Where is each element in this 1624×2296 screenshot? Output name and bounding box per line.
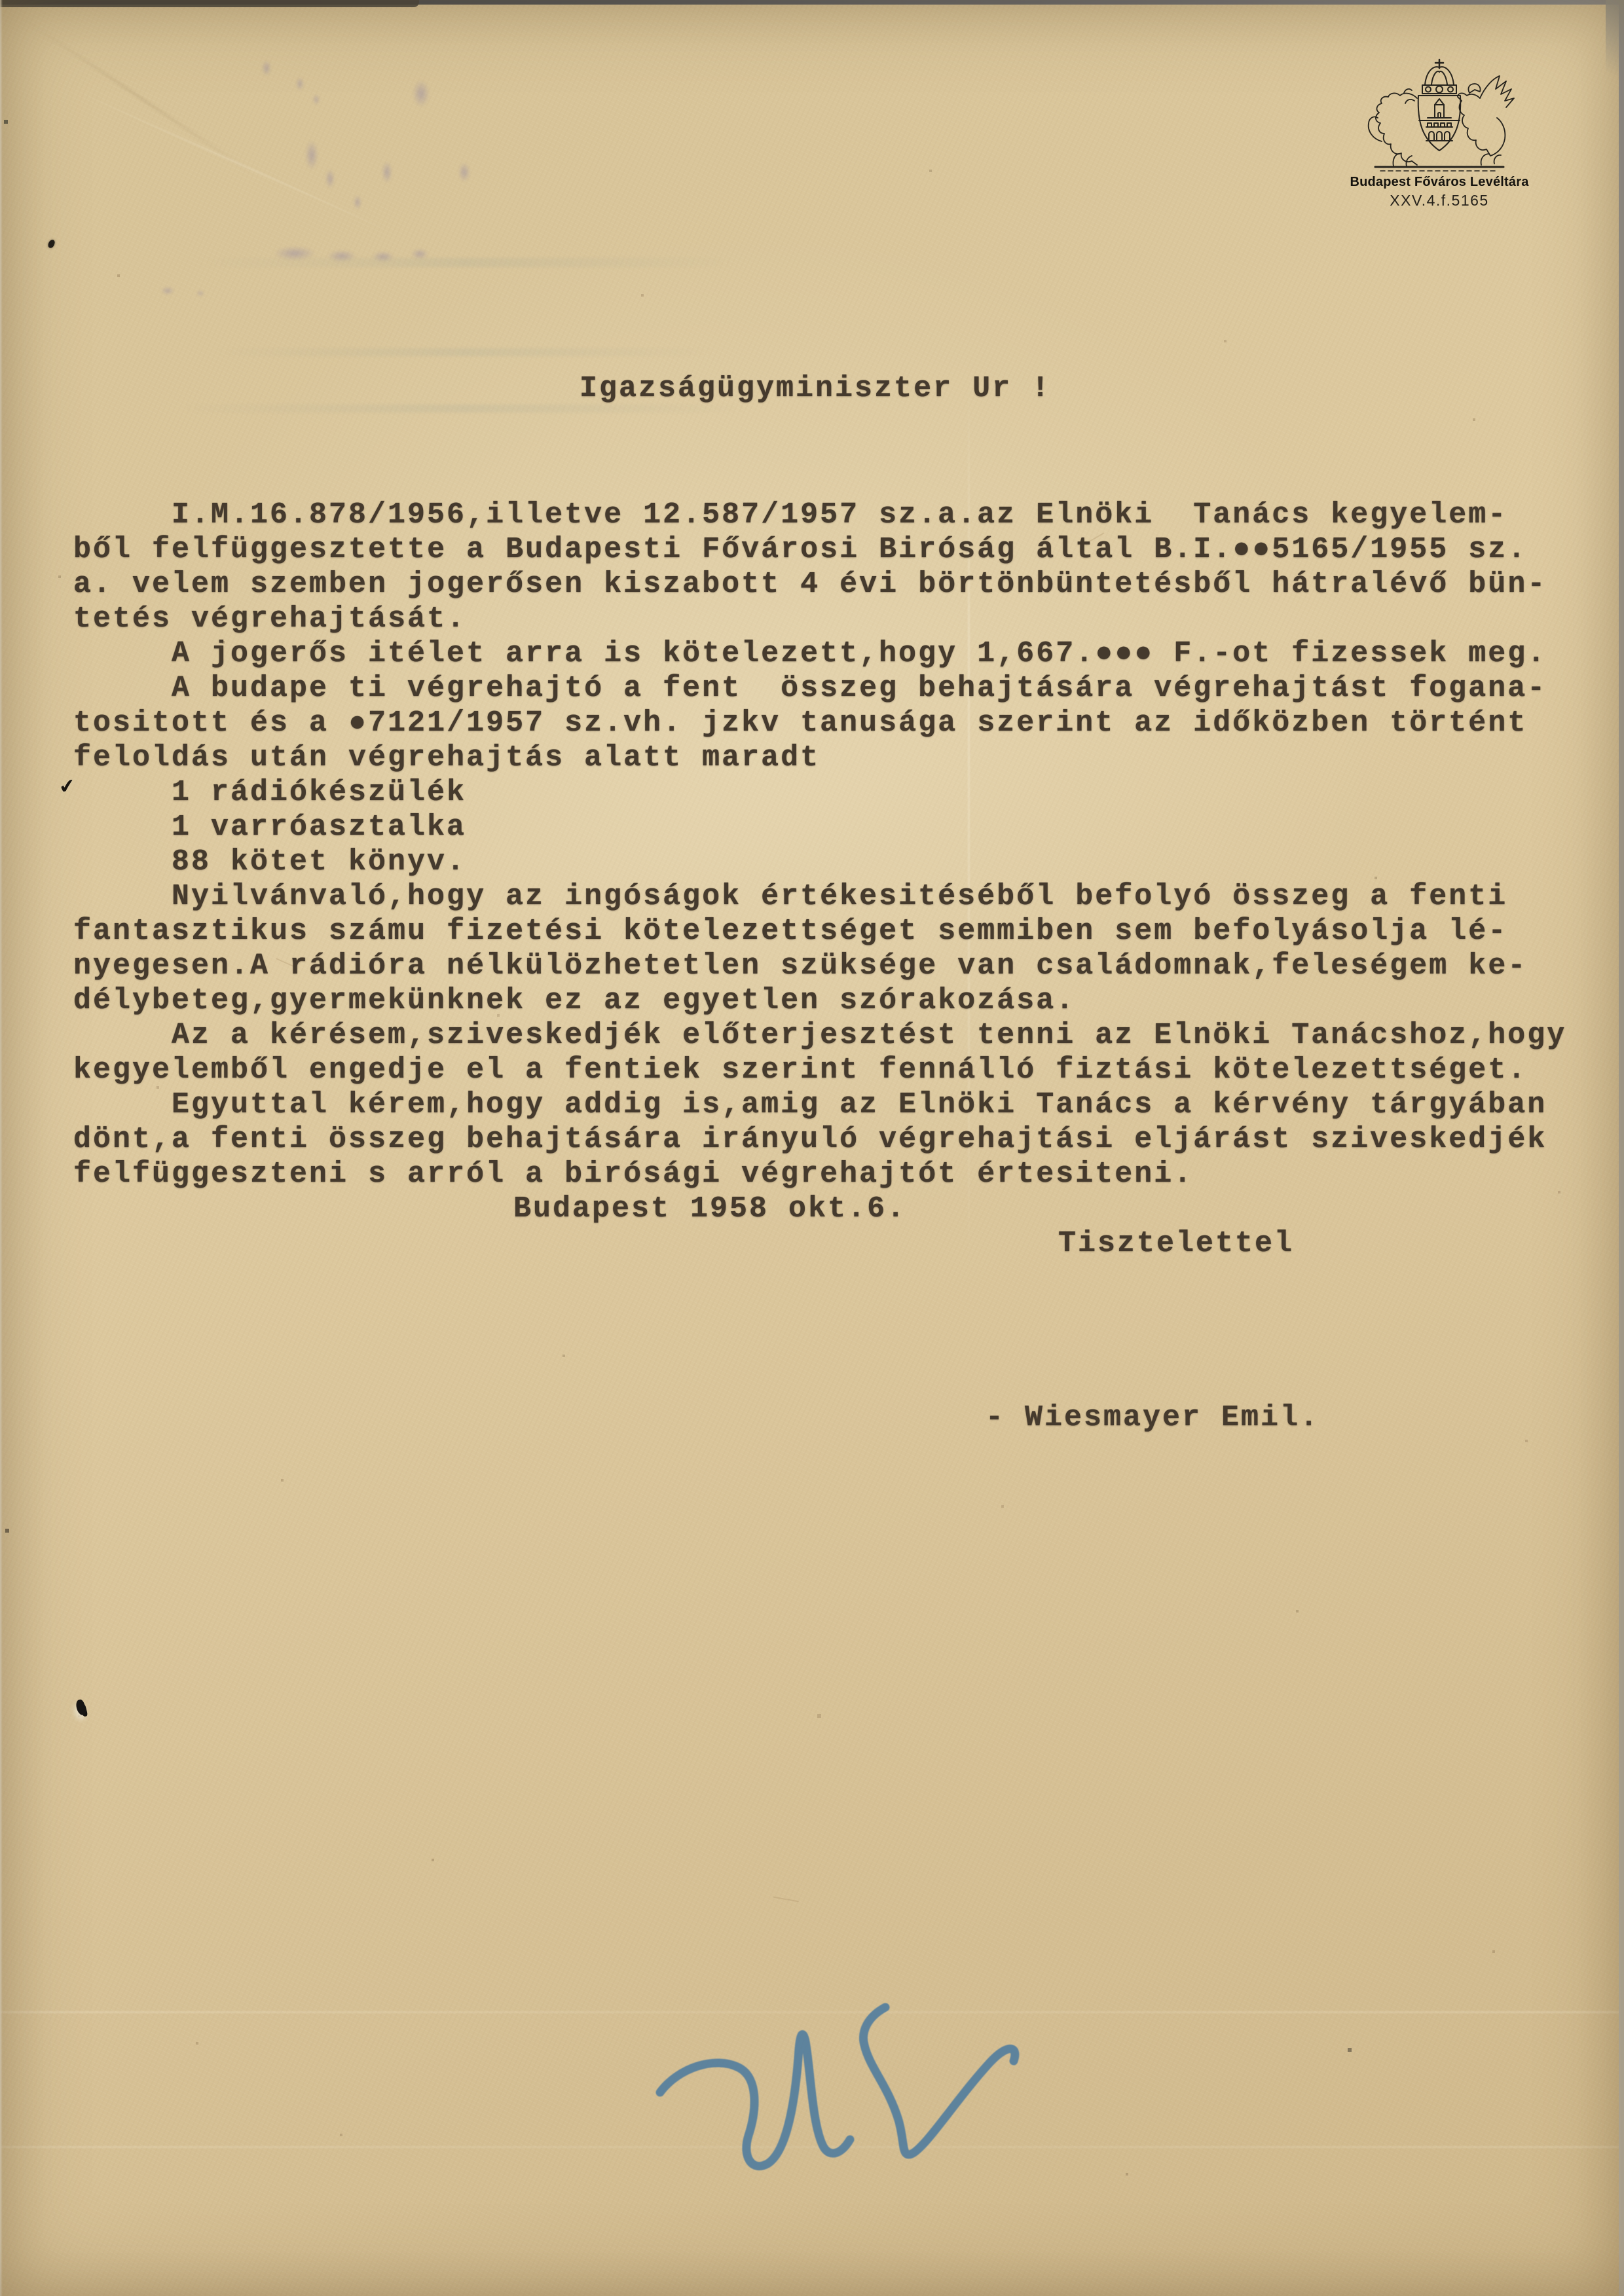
body-line: fantasztikus számu fizetési kötelezettsé… — [73, 914, 1579, 949]
body-line: dönt,a fenti összeg behajtására irányuló… — [73, 1122, 1579, 1157]
dateline: Budapest 1958 okt.6. — [73, 1192, 1579, 1226]
paper-fibre — [773, 1897, 799, 1903]
body-line: A budape ti végrehajtó a fent összeg beh… — [73, 671, 1579, 706]
coat-of-arms-icon — [1341, 58, 1538, 173]
archive-stamp: Budapest Főváros Levéltára XXV.4.f.5165 — [1337, 58, 1541, 210]
seized-item-line: 1 rádiókészülék — [73, 775, 1579, 810]
horizontal-crease-lower — [0, 2146, 1624, 2148]
horizontal-crease-upper — [0, 2011, 1624, 2013]
body-line: feloldás után végrehajtás alatt maradt — [73, 740, 1579, 775]
stamp-reference-number: XXV.4.f.5165 — [1337, 192, 1541, 210]
body-line: kegyelemből engedje el a fentiek szerint… — [73, 1053, 1579, 1087]
body-line: tositott és a ●7121/1957 sz.vh. jzkv tan… — [73, 706, 1579, 740]
scanned-letter-page: Budapest Főváros Levéltára XXV.4.f.5165 … — [0, 0, 1624, 2296]
margin-checkmark: ✔ — [58, 774, 77, 799]
scan-edge-top-left — [0, 0, 419, 7]
closing: Tisztelettel — [73, 1226, 1579, 1261]
body-line: Nyilvánvaló,hogy az ingóságok értékesité… — [73, 879, 1579, 914]
body-line: Egyuttal kérem,hogy addig is,amig az Eln… — [73, 1087, 1579, 1122]
scan-corner-top-right — [1606, 0, 1624, 105]
body-line: Az a kérésem,sziveskedjék előterjesztést… — [73, 1018, 1579, 1053]
seized-item-line: 88 kötet könyv. — [73, 845, 1579, 879]
stamp-institution-name: Budapest Főváros Levéltára — [1337, 175, 1541, 190]
body-line: A jogerős itélet arra is kötelezett,hogy… — [73, 636, 1579, 671]
seized-item-line: 1 varróasztalka — [73, 810, 1579, 845]
body-line: felfüggeszteni s arról a birósági végreh… — [73, 1157, 1579, 1192]
corner-crease-highlight — [78, 92, 390, 231]
ink-blot — [75, 1699, 86, 1716]
letter-salutation: Igazságügyminiszter Ur ! — [580, 372, 1051, 405]
scan-edge-left — [0, 0, 3, 2296]
scan-edge-right — [1619, 0, 1624, 2296]
body-line: délybeteg,gyermekünknek ez az egyetlen s… — [73, 983, 1579, 1018]
signature-line: - Wiesmayer Emil. — [986, 1401, 1319, 1434]
letter-body: I.M.16.878/1956,illetve 12.587/1957 sz.a… — [73, 498, 1579, 1261]
corner-crease — [25, 20, 254, 175]
body-line: nyegesen.A rádióra nélkülözhetetlen szük… — [73, 949, 1579, 983]
body-line: ből felfüggesztette a Budapesti Fővárosi… — [73, 532, 1579, 567]
body-line: a. velem szemben jogerősen kiszabott 4 é… — [73, 567, 1579, 602]
ink-blot — [47, 239, 56, 249]
body-line: I.M.16.878/1956,illetve 12.587/1957 sz.a… — [73, 498, 1579, 532]
body-line: tetés végrehajtását. — [73, 602, 1579, 636]
handwritten-blue-mark — [622, 1964, 1113, 2193]
